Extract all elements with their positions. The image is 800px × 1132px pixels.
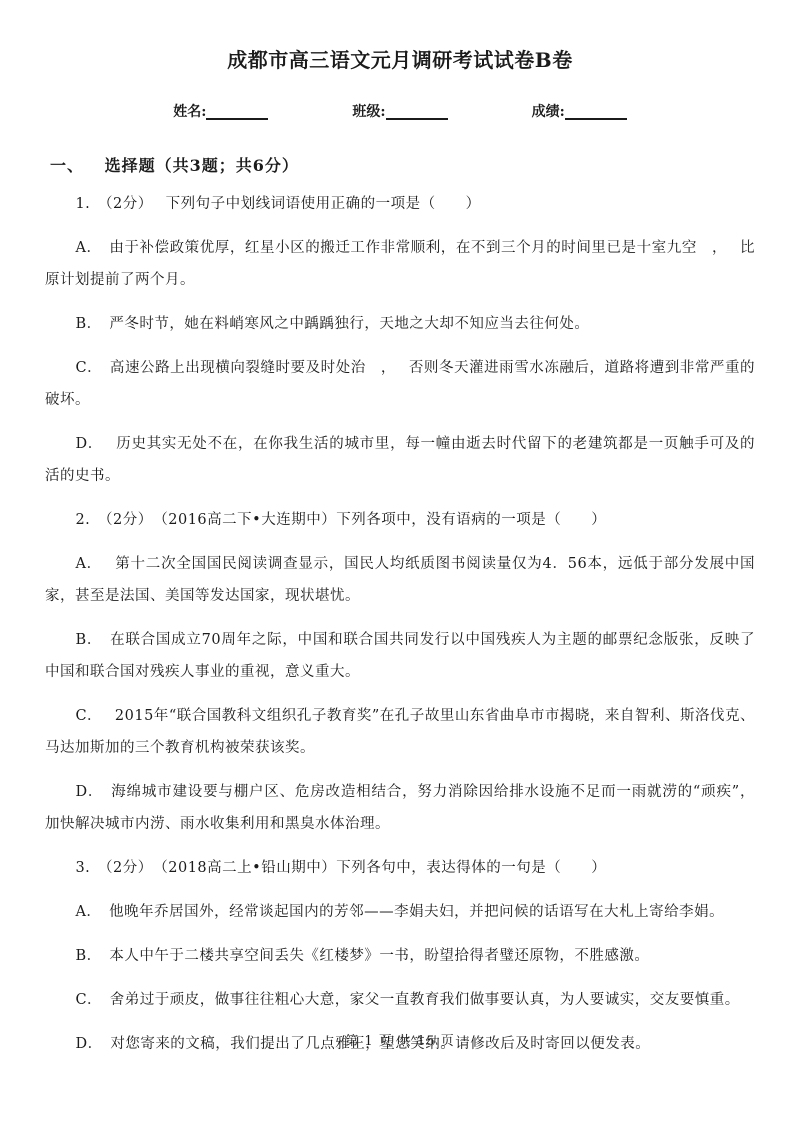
student-info-row: 姓名: 班级: 成绩: [0,104,800,120]
question-3-option-a: A． 他晚年乔居国外，经常谈起国内的芳邻——李娟夫妇，并把问候的话语写在大札上寄… [45,896,755,928]
score-label: 成绩: [532,104,565,120]
question-3-option-b: B． 本人中午于二楼共享空间丢失《红楼梦》一书，盼望拾得者璧还原物，不胜感激。 [45,940,755,972]
section-title: 选择题（共3题；共6分） [105,156,299,175]
questions-area: 1. （2分） 下列句子中划线词语使用正确的一项是（ ） A． 由于补偿政策优厚… [45,188,755,1060]
page-title: 成都市高三语文元月调研考试试卷B卷 [0,0,800,73]
question-1-option-c: C． 高速公路上出现横向裂缝时要及时处治 ， 否则冬天灌进雨雪水冻融后，道路将遭… [45,352,755,416]
question-2-option-b: B． 在联合国成立70周年之际，中国和联合国共同发行以中国残疾人为主题的邮票纪念… [45,624,755,688]
question-1-option-b: B． 严冬时节，她在料峭寒风之中踽踽独行，天地之大却不知应当去往何处。 [45,308,755,340]
question-1-stem: 1. （2分） 下列句子中划线词语使用正确的一项是（ ） [45,188,755,220]
score-blank-line [565,104,627,120]
section-heading: 一、 选择题（共3题；共6分） [50,153,755,176]
question-2-option-a: A． 第十二次全国国民阅读调查显示，国民人均纸质图书阅读量仅为4．56本，远低于… [45,548,755,612]
question-2-stem: 2. （2分） （2016高二下•大连期中）下列各项中，没有语病的一项是（ ） [45,504,755,536]
question-2-option-d: D． 海绵城市建设要与棚户区、危房改造相结合，努力消除因给排水设施不足而一雨就涝… [45,776,755,840]
page-footer: 第 1 页 共 15 页 [0,1030,800,1049]
question-1-option-d: D． 历史其实无处不在，在你我生活的城市里，每一幢由逝去时代留下的老建筑都是一页… [45,428,755,492]
question-2-option-c: C． 2015年“联合国教科文组织孔子教育奖”在孔子故里山东省曲阜市市揭晓，来自… [45,700,755,764]
exam-document-page: 成都市高三语文元月调研考试试卷B卷 姓名: 班级: 成绩: 一、 选择题（共3题… [0,0,800,1132]
name-label: 姓名: [173,104,206,120]
question-3-option-c: C． 舍弟过于顽皮，做事往往粗心大意，家父一直教育我们做事要认真，为人要诚实，交… [45,984,755,1016]
name-field: 姓名: [173,104,268,120]
name-blank-line [206,104,268,120]
class-label: 班级: [352,104,385,120]
score-field: 成绩: [532,104,627,120]
question-3-stem: 3. （2分） （2018高二上•铅山期中）下列各句中，表达得体的一句是（ ） [45,852,755,884]
class-blank-line [386,104,448,120]
section-number: 一、 [50,156,84,175]
class-field: 班级: [352,104,447,120]
question-1-option-a: A． 由于补偿政策优厚，红星小区的搬迁工作非常顺利，在不到三个月的时间里已是十室… [45,232,755,296]
